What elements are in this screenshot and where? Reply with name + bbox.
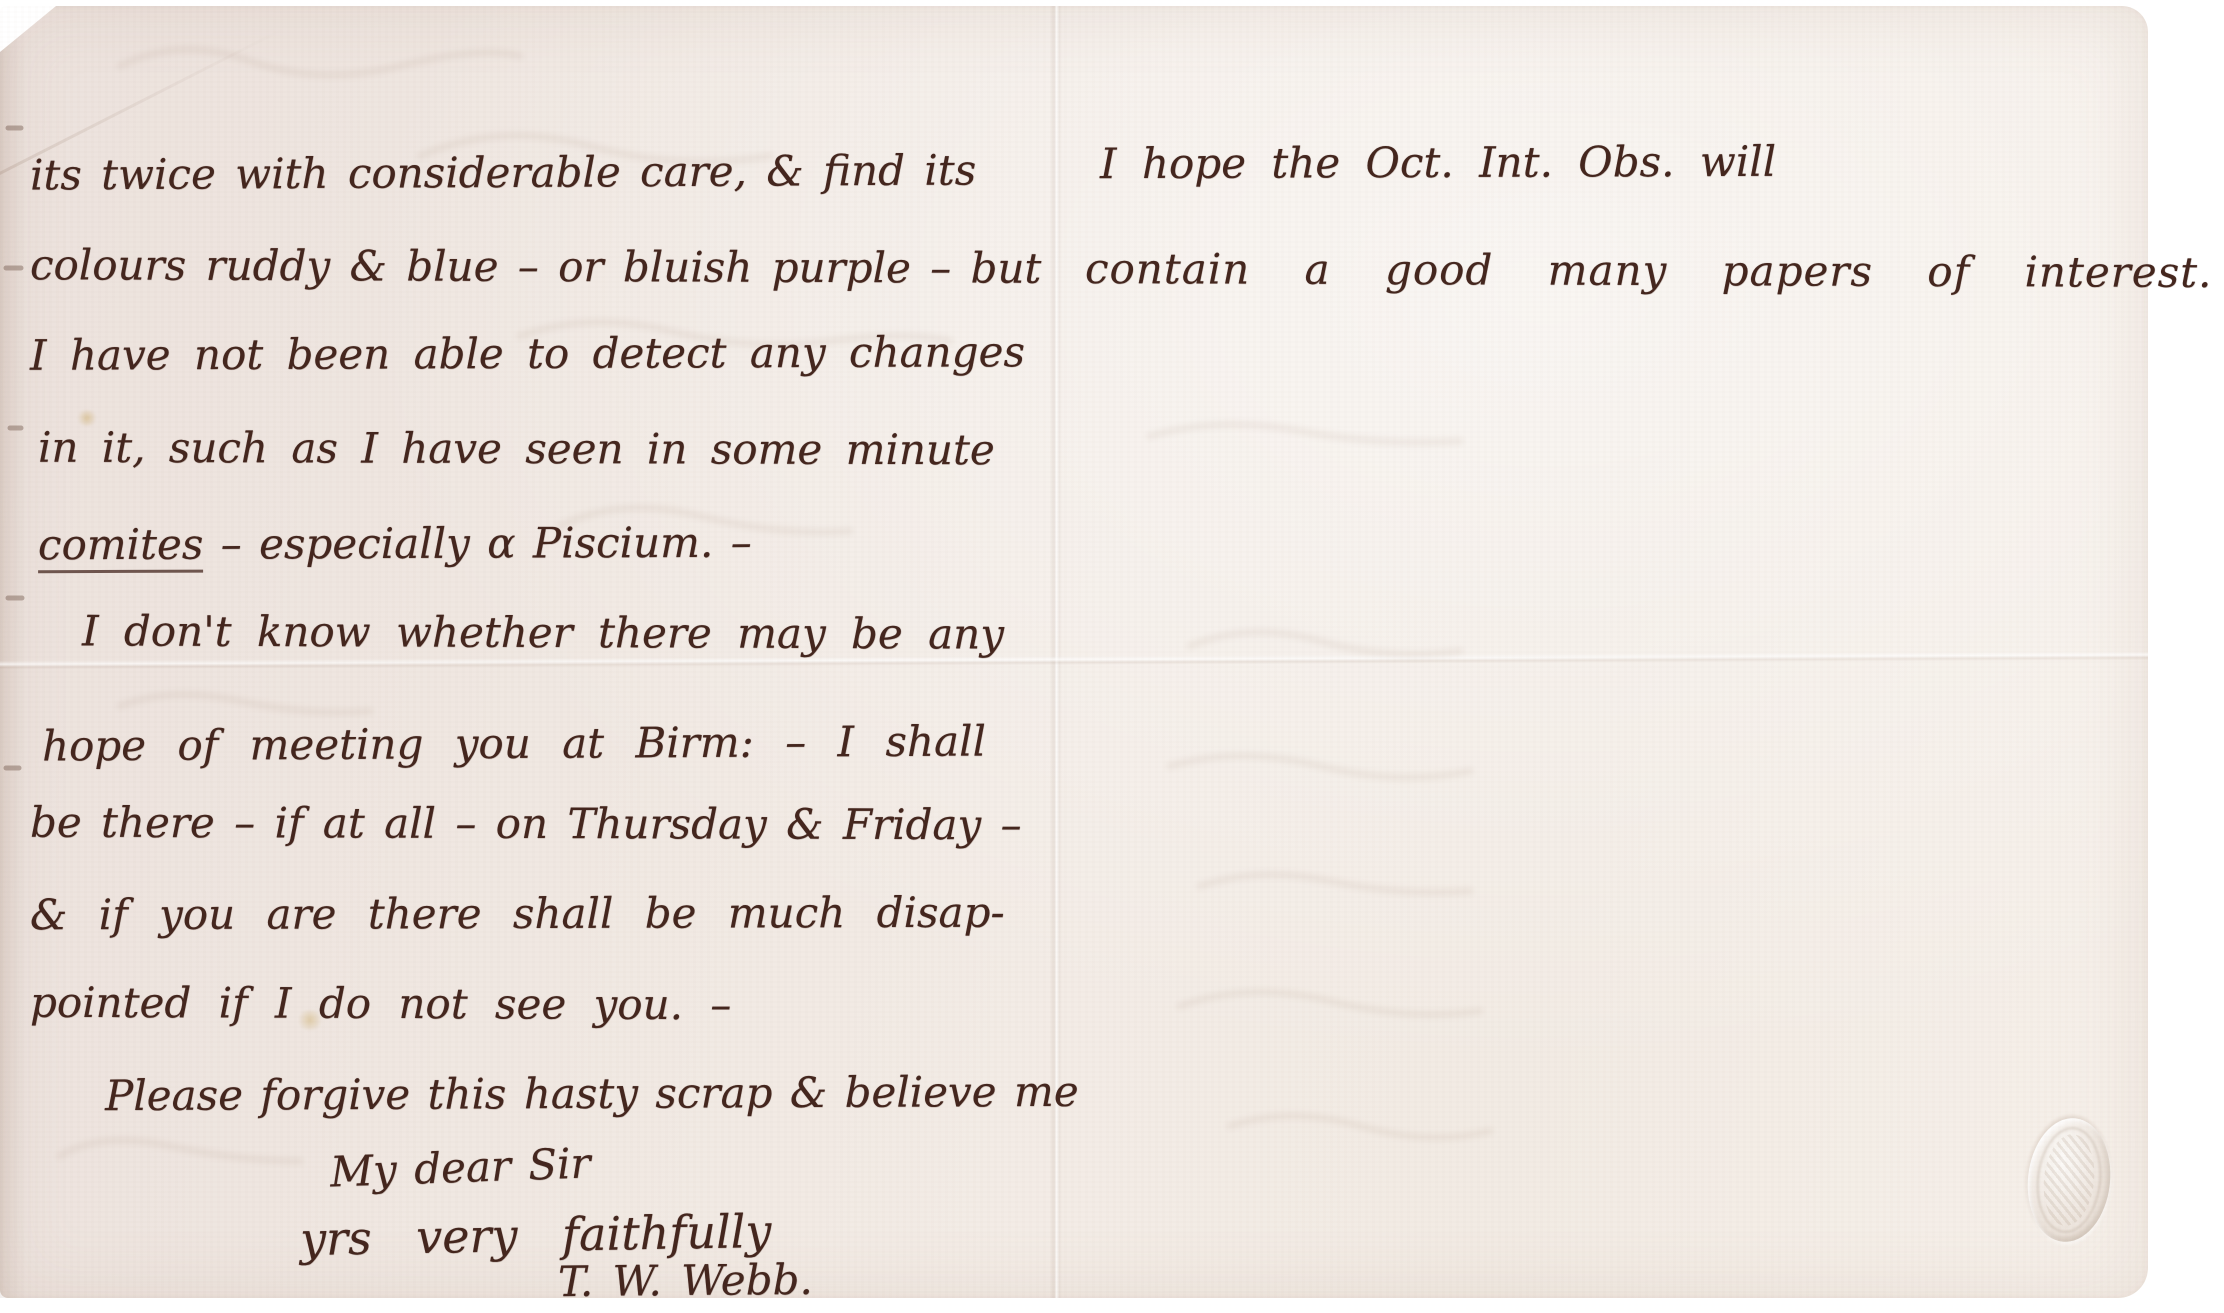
- underlined-word: comites: [38, 520, 204, 574]
- signature: T. W. Webb.: [558, 1255, 813, 1307]
- letter-paper: its twice with considerable care, & find…: [0, 6, 2148, 1298]
- left-edge-smudge: [0, 6, 26, 1298]
- line-text: colours ruddy & blue – or bluish purple …: [30, 240, 1042, 293]
- line-text: its twice with considerable care, & find…: [30, 146, 976, 200]
- letter-line: I have not been able to detect any chang…: [30, 327, 1025, 380]
- line-text: My dear Sir: [329, 1138, 591, 1196]
- line-text: pointed if I do not see you. –: [30, 978, 732, 1029]
- line-text: I hope the Oct. Int. Obs. will: [1100, 137, 1776, 188]
- line-text: hope of meeting you at Birm: – I shall: [42, 717, 986, 771]
- line-text: in it, such as I have seen in some minut…: [38, 423, 995, 475]
- letter-line: colours ruddy & blue – or bluish purple …: [30, 240, 1042, 293]
- line-text: T. W. Webb.: [558, 1255, 813, 1306]
- letter-line: hope of meeting you at Birm: – I shall: [42, 717, 986, 771]
- line-text: – especially α Piscium. –: [203, 518, 751, 569]
- line-text: I don't know whether there may be any: [82, 606, 1004, 658]
- letter-line: its twice with considerable care, & find…: [30, 146, 976, 201]
- embossed-seal-icon: [2022, 1114, 2117, 1246]
- letter-line: contain a good many papers of interest.: [1085, 244, 2213, 297]
- letter-line: in it, such as I have seen in some minut…: [38, 423, 995, 475]
- letter-line: & if you are there shall be much disap-: [30, 888, 1005, 940]
- letter-line: I hope the Oct. Int. Obs. will: [1100, 137, 1776, 189]
- line-text: contain a good many papers of interest.: [1085, 244, 2213, 297]
- letter-line: I don't know whether there may be any: [82, 606, 1004, 659]
- closing-salutation: My dear Sir: [329, 1138, 591, 1197]
- letter-line: be there – if at all – on Thursday & Fri…: [30, 798, 1022, 850]
- line-text: be there – if at all – on Thursday & Fri…: [30, 798, 1022, 850]
- letter-line: Please forgive this hasty scrap & believ…: [105, 1067, 1079, 1121]
- line-text: Please forgive this hasty scrap & believ…: [105, 1067, 1079, 1120]
- line-text: & if you are there shall be much disap-: [30, 888, 1005, 940]
- letter-line: pointed if I do not see you. –: [30, 978, 732, 1030]
- letter-line: comites – especially α Piscium. –: [38, 518, 752, 570]
- line-text: I have not been able to detect any chang…: [30, 327, 1025, 379]
- corner-cut: [0, 6, 56, 52]
- letter-scan: its twice with considerable care, & find…: [0, 0, 2224, 1313]
